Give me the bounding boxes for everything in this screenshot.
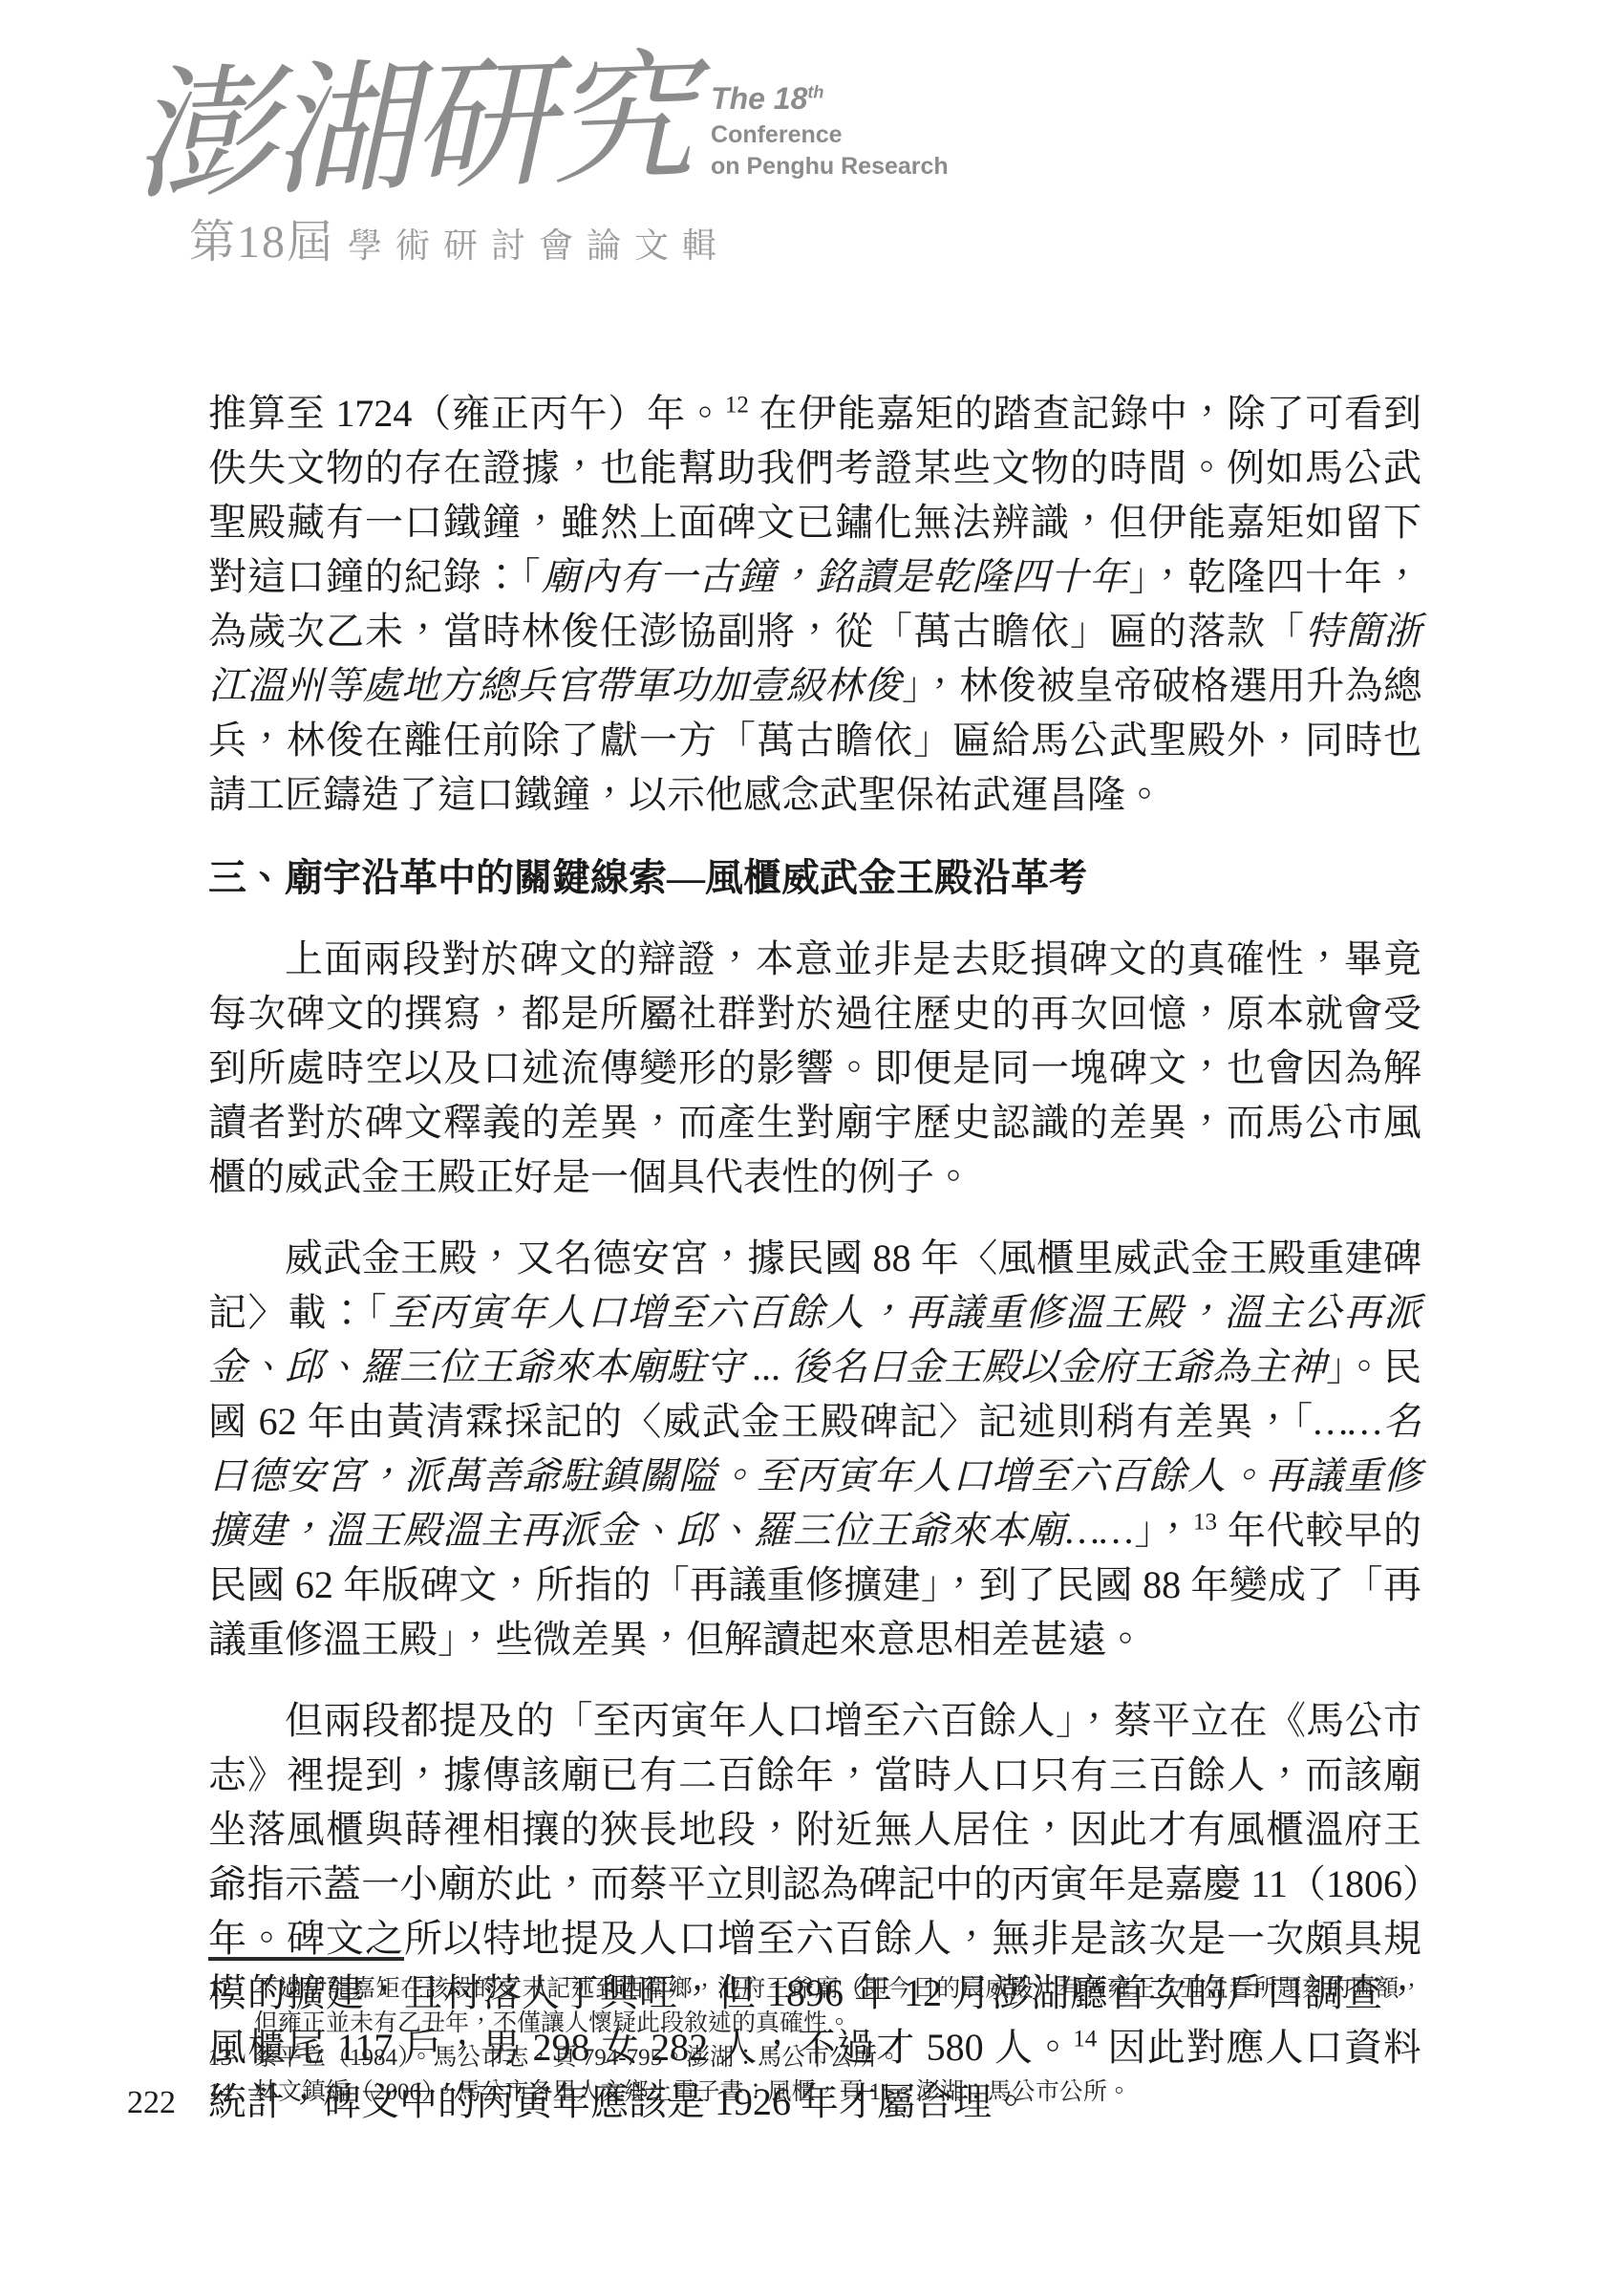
quoted-inscription-text: 廟內有一古鐘，銘讀是乾隆四十年 [542, 555, 1129, 598]
logo-en-line1: The 18th [711, 79, 949, 119]
page-number: 222 [127, 2085, 176, 2121]
edition-label: 學術研討會論文輯 [348, 219, 730, 268]
logo-en-line2: Conference [711, 119, 949, 152]
quoted-inscription-text: 至丙寅年人口增至六百餘人，再議重修溫王殿，溫主公再派金、邱、羅三位王爺來本廟駐守… [208, 1291, 1421, 1388]
proceedings-subtitle: 第18屆 學術研討會論文輯 [189, 204, 949, 270]
logo-en-the18: The 18 [711, 81, 807, 116]
conference-logo: 澎湖研究 The 18th Conference on Penghu Resea… [132, 57, 949, 270]
footnote-number: 14 [208, 2075, 254, 2110]
paragraph-1: 推算至 1724（雍正丙午）年。12 在伊能嘉矩的踏查記錄中，除了可看到佚失文物… [208, 386, 1421, 822]
logo-en-ordinal: th [807, 82, 823, 101]
footnote-reference: 13 [1193, 1510, 1217, 1536]
logo-calligraphy-title: 澎湖研究 [130, 48, 693, 210]
text-segment: 推算至 1724（雍正丙午）年。 [208, 392, 725, 435]
footnote-text: 不過伊能嘉矩在該段的文末記述到西衛鄉，池府王爺廟（即今日的宸威殿）有著雍正乙丑孟… [254, 1972, 1423, 2041]
footnote-14: 14 林文鎮編（2006）。馬公市各里人文鄉土電子書：風櫃，頁 11。澎湖：馬公… [208, 2075, 1423, 2110]
text-segment: 上面兩段對於碑文的辯證，本意並非是去貶損碑文的真確性，畢竟每次碑文的撰寫，都是所… [208, 937, 1421, 1198]
logo-english-block: The 18th Conference on Penghu Research [711, 79, 949, 183]
paragraph-2: 上面兩段對於碑文的辯證，本意並非是去貶損碑文的真確性，畢竟每次碑文的撰寫，都是所… [208, 932, 1421, 1204]
footnote-12: 12 不過伊能嘉矩在該段的文末記述到西衛鄉，池府王爺廟（即今日的宸威殿）有著雍正… [208, 1972, 1423, 2041]
section-heading: 三、廟宇沿革中的關鍵線索—風櫃威武金王殿沿革考 [208, 850, 1421, 905]
text-segment: 」， [1134, 1509, 1193, 1552]
document-page: 澎湖研究 The 18th Conference on Penghu Resea… [0, 0, 1624, 2278]
footnote-number: 13 [208, 2041, 254, 2075]
logo-en-line3: on Penghu Research [711, 151, 949, 183]
footnotes-section: 12 不過伊能嘉矩在該段的文末記述到西衛鄉，池府王爺廟（即今日的宸威殿）有著雍正… [208, 1957, 1423, 2110]
article-body: 推算至 1724（雍正丙午）年。12 在伊能嘉矩的踏查記錄中，除了可看到佚失文物… [208, 386, 1421, 2129]
footnote-text: 蔡平立（1984）。馬公市志，頁 794-795。澎湖：馬公市公所。 [254, 2041, 1423, 2075]
footnote-separator [208, 1957, 404, 1961]
paragraph-3: 威武金王殿，又名德安宮，據民國 88 年〈風櫃里威武金王殿重建碑記〉載：「至丙寅… [208, 1231, 1421, 1666]
footnote-number: 12 [208, 1972, 254, 2041]
footnote-13: 13 蔡平立（1984）。馬公市志，頁 794-795。澎湖：馬公市公所。 [208, 2041, 1423, 2075]
footnote-text: 林文鎮編（2006）。馬公市各里人文鄉土電子書：風櫃，頁 11。澎湖：馬公市公所… [254, 2075, 1423, 2110]
footnote-reference: 12 [725, 393, 749, 419]
